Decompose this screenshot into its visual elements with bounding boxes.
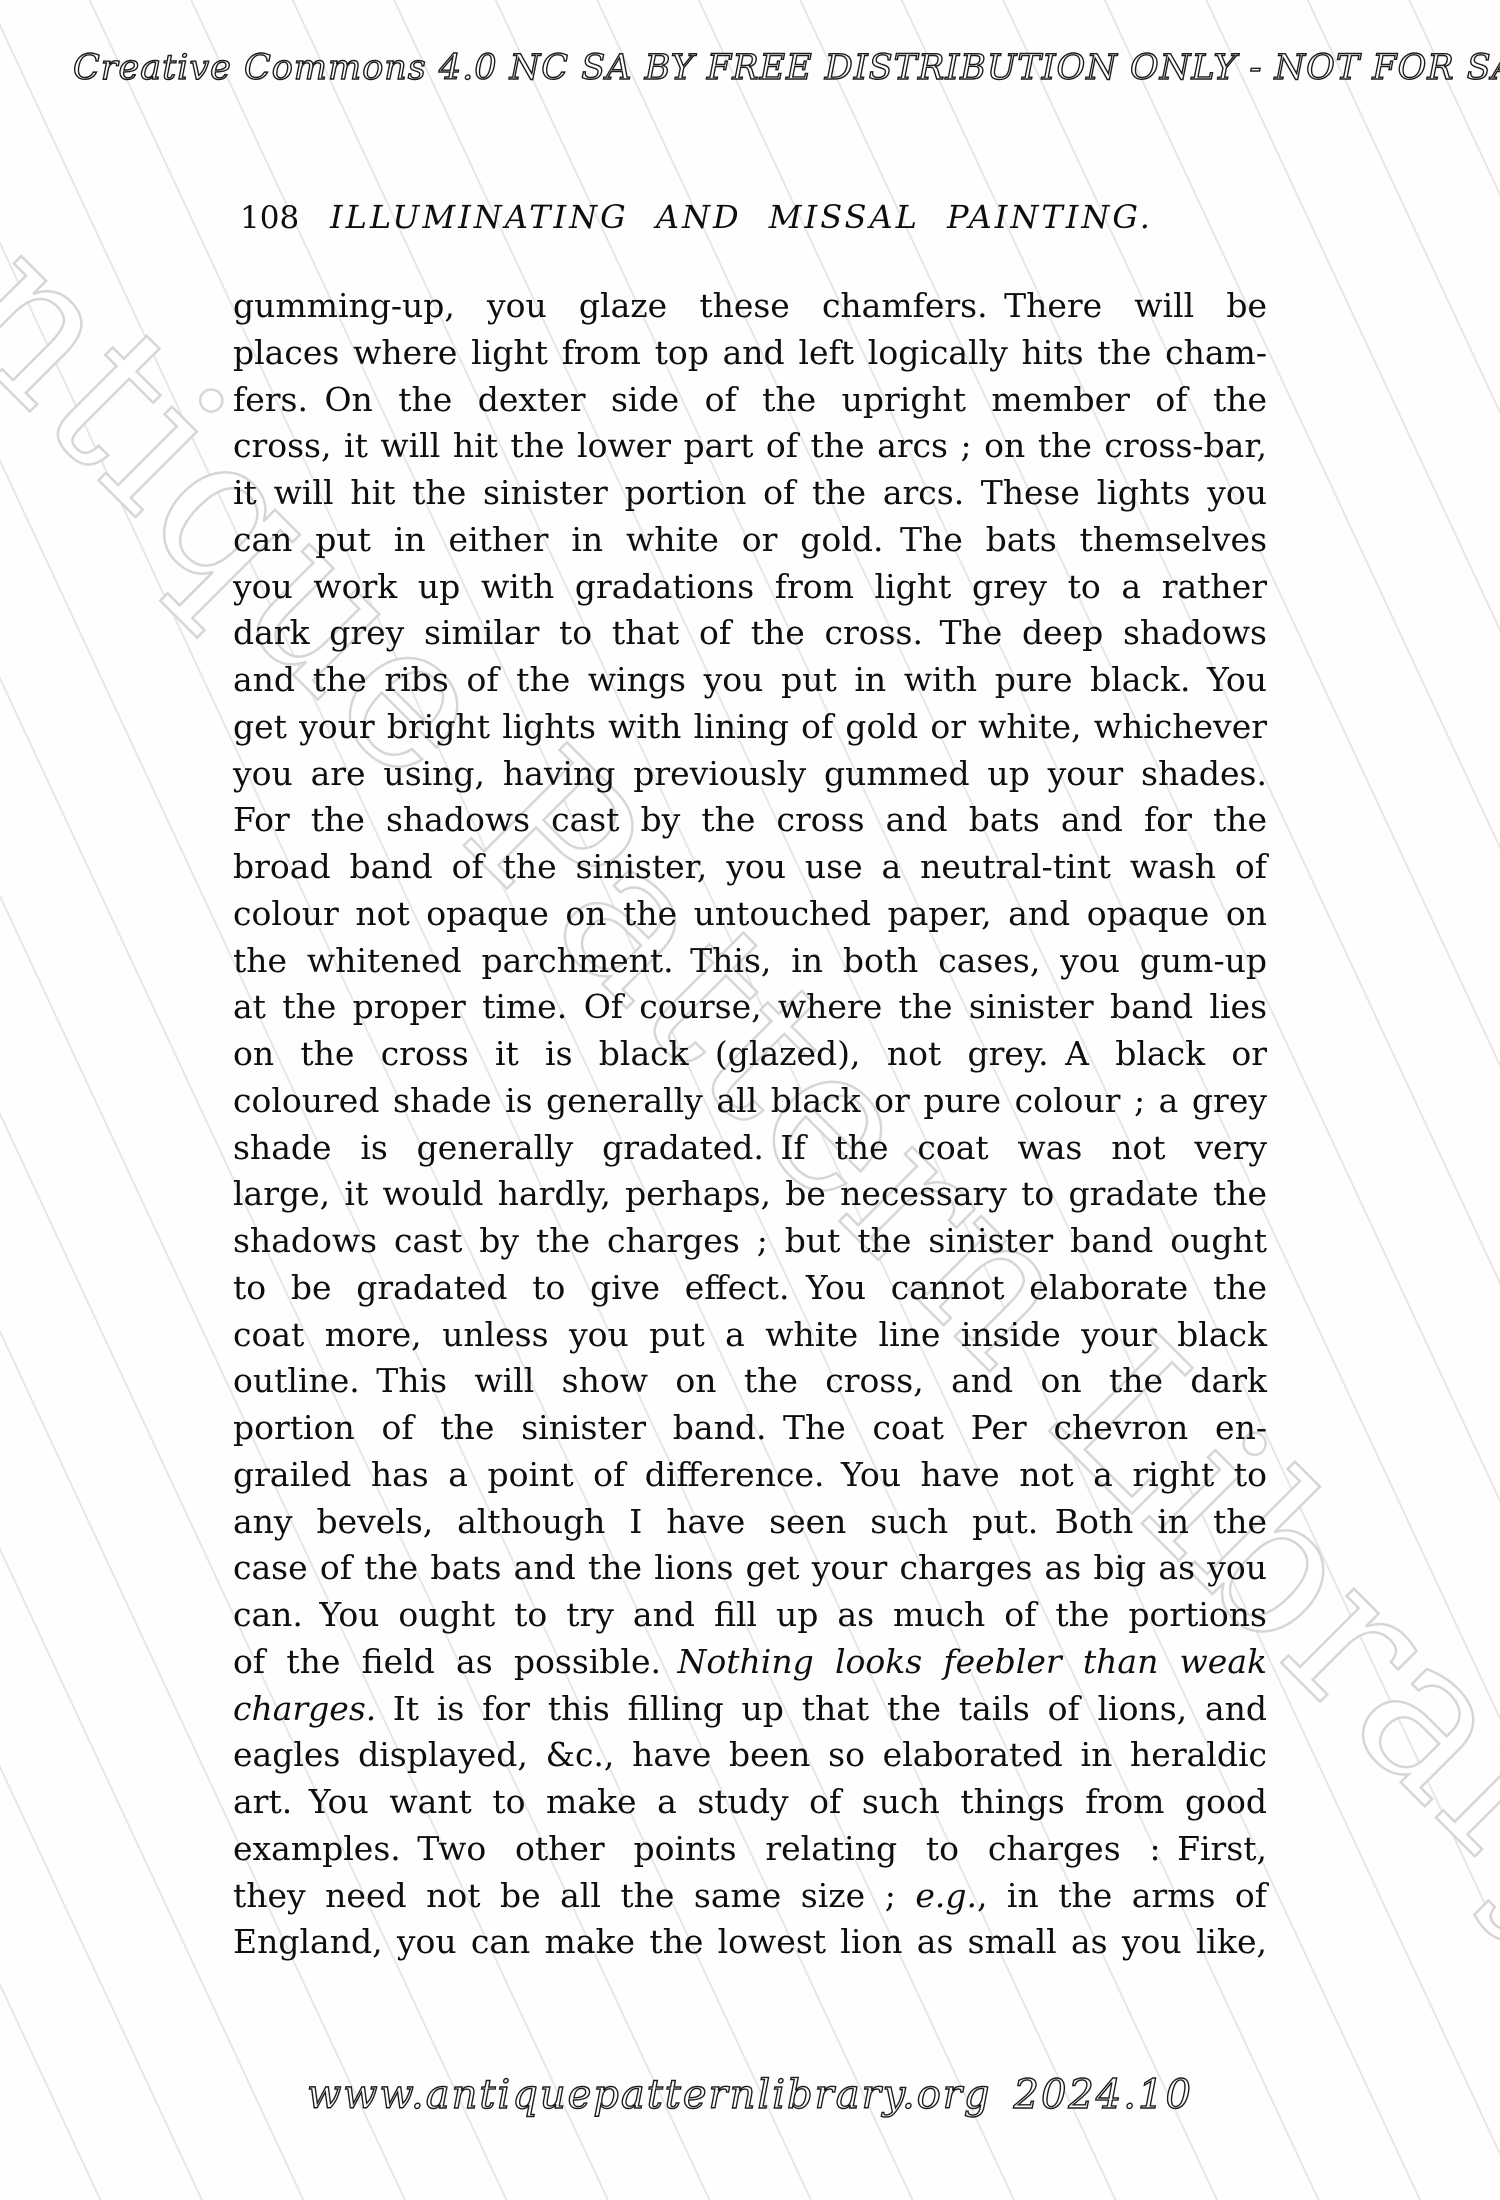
body-line: gumming-up, you glaze these chamfers. Th…: [233, 283, 1267, 330]
footer-url: www.antiquepatternlibrary.org 2024.10: [0, 2072, 1500, 2118]
body-segment: and the ribs of the wings you put in wit…: [233, 660, 1267, 699]
creative-commons-notice: Creative Commons 4.0 NC SA BY FREE DISTR…: [73, 48, 1500, 88]
body-line: at the proper time. Of course, where the…: [233, 984, 1267, 1031]
body-segment: dark grey similar to that of the cross. …: [233, 613, 1267, 652]
body-segment: art. You want to make a study of such th…: [233, 1782, 1267, 1821]
body-segment-italic: e.g.: [915, 1876, 977, 1915]
body-segment: they need not be all the same size ;: [233, 1876, 915, 1915]
body-line: shadows cast by the charges ; but the si…: [233, 1218, 1267, 1265]
body-segment: shadows cast by the charges ; but the si…: [233, 1221, 1267, 1260]
body-segment: gumming-up, you glaze these chamfers. Th…: [233, 286, 1267, 325]
page-number: 108: [240, 200, 299, 236]
body-line: shade is generally gradated. If the coat…: [233, 1125, 1267, 1172]
body-line: large, it would hardly, perhaps, be nece…: [233, 1171, 1267, 1218]
body-segment: , in the arms of: [977, 1876, 1267, 1915]
body-segment: of the field as possible.: [233, 1642, 678, 1681]
body-segment: shade is generally gradated. If the coat…: [233, 1128, 1267, 1167]
body-line: England, you can make the lowest lion as…: [233, 1919, 1267, 1966]
body-line: fers. On the dexter side of the upright …: [233, 377, 1267, 424]
body-line: For the shadows cast by the cross and ba…: [233, 797, 1267, 844]
body-segment: outline. This will show on the cross, an…: [233, 1361, 1267, 1400]
body-line: of the field as possible. Nothing looks …: [233, 1639, 1267, 1686]
body-line: coat more, unless you put a white line i…: [233, 1312, 1267, 1359]
body-segment: coloured shade is generally all black or…: [233, 1081, 1267, 1120]
body-line: broad band of the sinister, you use a ne…: [233, 844, 1267, 891]
body-segment: For the shadows cast by the cross and ba…: [233, 800, 1267, 839]
body-segment: you work up with gradations from light g…: [233, 567, 1267, 606]
body-segment: fers. On the dexter side of the upright …: [233, 380, 1267, 419]
body-segment: examples. Two other points relating to c…: [233, 1829, 1267, 1868]
body-segment: can put in either in white or gold. The …: [233, 520, 1267, 559]
body-segment-italic: charges.: [233, 1689, 376, 1728]
body-text: gumming-up, you glaze these chamfers. Th…: [233, 283, 1267, 1966]
body-segment: to be gradated to give effect. You canno…: [233, 1268, 1267, 1307]
body-segment: England, you can make the lowest lion as…: [233, 1922, 1267, 1961]
body-line: it will hit the sinister portion of the …: [233, 470, 1267, 517]
body-segment: can. You ought to try and fill up as muc…: [233, 1595, 1267, 1634]
body-segment: any bevels, although I have seen such pu…: [233, 1502, 1267, 1541]
body-segment: case of the bats and the lions get your …: [233, 1548, 1267, 1587]
body-line: portion of the sinister band. The coat P…: [233, 1405, 1267, 1452]
body-line: and the ribs of the wings you put in wit…: [233, 657, 1267, 704]
body-line: dark grey similar to that of the cross. …: [233, 610, 1267, 657]
body-segment: coat more, unless you put a white line i…: [233, 1315, 1267, 1354]
body-line: you are using, having previously gummed …: [233, 751, 1267, 798]
body-segment: portion of the sinister band. The coat P…: [233, 1408, 1267, 1447]
body-segment: at the proper time. Of course, where the…: [233, 987, 1267, 1026]
body-segment: colour not opaque on the untouched paper…: [233, 894, 1267, 933]
body-segment: it will hit the sinister portion of the …: [233, 473, 1267, 512]
body-segment-italic: Nothing looks feebler than weak: [678, 1642, 1268, 1681]
body-line: the whitened parchment. This, in both ca…: [233, 938, 1267, 985]
body-line: places where light from top and left log…: [233, 330, 1267, 377]
body-line: grailed has a point of difference. You h…: [233, 1452, 1267, 1499]
body-line: case of the bats and the lions get your …: [233, 1545, 1267, 1592]
scanned-book-page: Antique Pattern Library Creative Commons…: [0, 0, 1500, 2200]
body-line: art. You want to make a study of such th…: [233, 1779, 1267, 1826]
body-segment: get your bright lights with lining of go…: [233, 707, 1267, 746]
body-segment: the whitened parchment. This, in both ca…: [233, 941, 1267, 980]
body-line: charges. It is for this filling up that …: [233, 1686, 1267, 1733]
body-line: outline. This will show on the cross, an…: [233, 1358, 1267, 1405]
body-line: on the cross it is black (glazed), not g…: [233, 1031, 1267, 1078]
body-segment: grailed has a point of difference. You h…: [233, 1455, 1267, 1494]
body-segment: large, it would hardly, perhaps, be nece…: [233, 1174, 1267, 1213]
body-line: any bevels, although I have seen such pu…: [233, 1499, 1267, 1546]
body-line: examples. Two other points relating to c…: [233, 1826, 1267, 1873]
body-segment: on the cross it is black (glazed), not g…: [233, 1034, 1267, 1073]
body-segment: broad band of the sinister, you use a ne…: [233, 847, 1267, 886]
body-line: coloured shade is generally all black or…: [233, 1078, 1267, 1125]
body-line: get your bright lights with lining of go…: [233, 704, 1267, 751]
body-line: to be gradated to give effect. You canno…: [233, 1265, 1267, 1312]
body-segment: It is for this filling up that the tails…: [376, 1689, 1267, 1728]
body-line: cross, it will hit the lower part of the…: [233, 423, 1267, 470]
body-segment: cross, it will hit the lower part of the…: [233, 426, 1267, 465]
body-segment: places where light from top and left log…: [233, 333, 1267, 372]
body-segment: eagles displayed, &c., have been so elab…: [233, 1735, 1267, 1774]
body-line: you work up with gradations from light g…: [233, 564, 1267, 611]
body-segment: you are using, having previously gummed …: [233, 754, 1267, 793]
body-line: eagles displayed, &c., have been so elab…: [233, 1732, 1267, 1779]
body-line: can put in either in white or gold. The …: [233, 517, 1267, 564]
running-title: ILLUMINATING AND MISSAL PAINTING.: [330, 198, 1153, 236]
body-line: they need not be all the same size ; e.g…: [233, 1873, 1267, 1920]
body-line: colour not opaque on the untouched paper…: [233, 891, 1267, 938]
body-line: can. You ought to try and fill up as muc…: [233, 1592, 1267, 1639]
page-content: Creative Commons 4.0 NC SA BY FREE DISTR…: [0, 0, 1500, 2200]
